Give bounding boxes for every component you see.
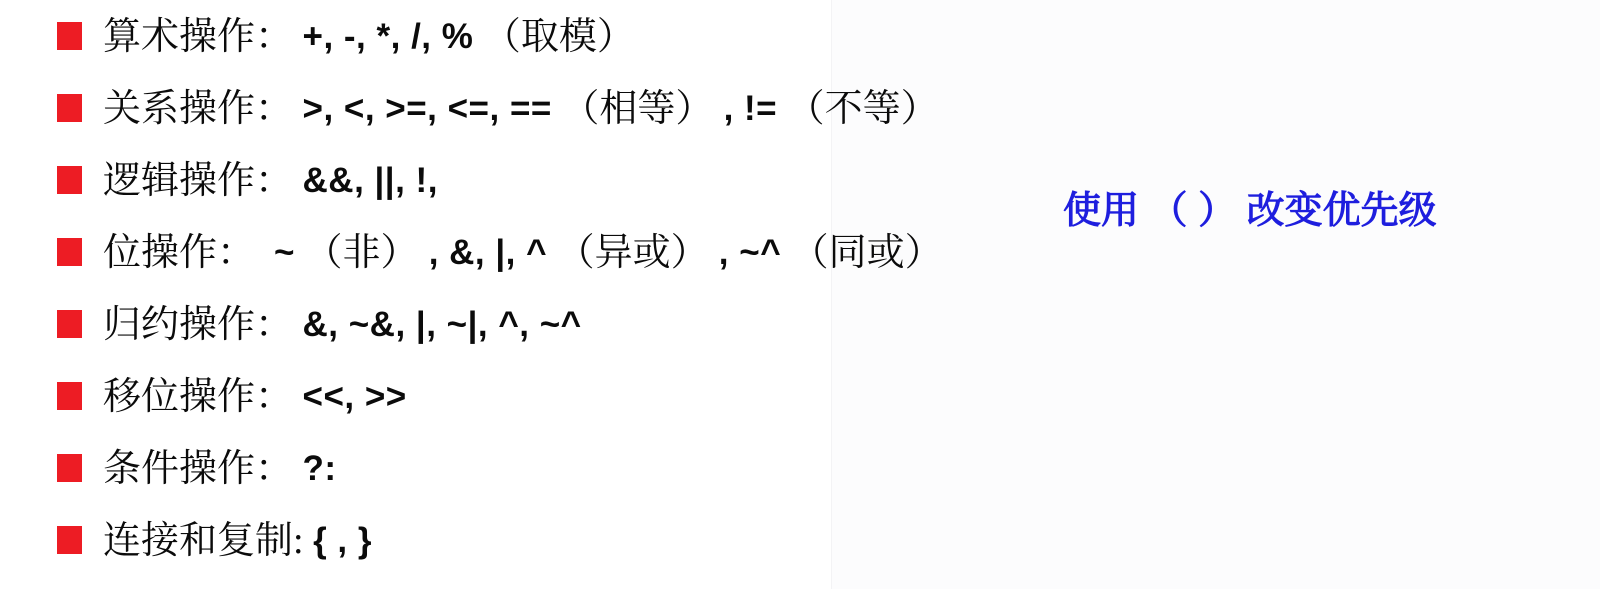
list-item-logical-operators: 逻辑操作： &&, ||, !, bbox=[57, 145, 943, 217]
list-item-conditional-operator: 条件操作： ?: bbox=[57, 433, 943, 505]
operator-symbols: &, ~&, |, ~|, ^, ~^ bbox=[303, 307, 582, 342]
chinese-label: （同或） bbox=[781, 234, 943, 272]
operator-symbols: { , } bbox=[313, 523, 372, 558]
red-square-bullet-icon bbox=[57, 94, 82, 122]
red-square-bullet-icon bbox=[57, 22, 82, 50]
chinese-label: （异或） bbox=[547, 234, 709, 272]
red-square-bullet-icon bbox=[57, 454, 82, 482]
chinese-label: （不等） bbox=[777, 90, 939, 128]
operator-symbols: <<, >> bbox=[303, 379, 407, 414]
shift-operators-text: 移位操作： <<, >> bbox=[103, 378, 407, 416]
list-item-bitwise-operators: 位操作： ~ （非） , &, |, ^ （异或） , ~^ （同或） bbox=[57, 217, 943, 289]
operator-symbols: , ~^ bbox=[709, 235, 782, 270]
red-square-bullet-icon bbox=[57, 526, 82, 554]
operator-symbols: >, <, >=, <=, == bbox=[303, 91, 552, 126]
operator-symbols: ?: bbox=[303, 451, 337, 486]
chinese-label: 条件操作： bbox=[103, 450, 303, 488]
list-item-reduction-operators: 归约操作： &, ~&, |, ~|, ^, ~^ bbox=[57, 289, 943, 361]
operator-symbols: ~ bbox=[274, 235, 295, 270]
reduction-operators-text: 归约操作： &, ~&, |, ~|, ^, ~^ bbox=[103, 306, 582, 344]
red-square-bullet-icon bbox=[57, 382, 82, 410]
chinese-label: 移位操作： bbox=[103, 378, 303, 416]
red-square-bullet-icon bbox=[57, 310, 82, 338]
arithmetic-operators-text: 算术操作： +, -, *, /, % （取模） bbox=[103, 18, 635, 56]
chinese-label: 归约操作： bbox=[103, 306, 303, 344]
conditional-operator-text: 条件操作： ?: bbox=[103, 450, 337, 488]
list-item-shift-operators: 移位操作： <<, >> bbox=[57, 361, 943, 433]
concatenation-replication-text: 连接和复制: { , } bbox=[103, 522, 372, 560]
right-panel-background bbox=[831, 0, 1600, 589]
operator-symbols: , != bbox=[713, 91, 777, 126]
operator-list: 算术操作： +, -, *, /, % （取模）关系操作： >, <, >=, … bbox=[57, 0, 943, 577]
logical-operators-text: 逻辑操作： &&, ||, !, bbox=[103, 162, 438, 200]
list-item-relational-operators: 关系操作： >, <, >=, <=, == （相等） , != （不等） bbox=[57, 73, 943, 145]
chinese-label: 逻辑操作： bbox=[103, 162, 303, 200]
priority-note: 使用 （ ） 改变优先级 bbox=[1063, 192, 1437, 232]
red-square-bullet-icon bbox=[57, 238, 82, 266]
slide: 算术操作： +, -, *, /, % （取模）关系操作： >, <, >=, … bbox=[0, 0, 1600, 589]
bitwise-operators-text: 位操作： ~ （非） , &, |, ^ （异或） , ~^ （同或） bbox=[103, 234, 943, 272]
list-item-concatenation-replication: 连接和复制: { , } bbox=[57, 505, 943, 577]
operator-symbols: , &, |, ^ bbox=[418, 235, 547, 270]
red-square-bullet-icon bbox=[57, 166, 82, 194]
chinese-label: 位操作： bbox=[103, 234, 274, 272]
list-item-arithmetic-operators: 算术操作： +, -, *, /, % （取模） bbox=[57, 1, 943, 73]
operator-symbols: +, -, *, /, % bbox=[303, 19, 474, 54]
operator-symbols: &&, ||, !, bbox=[303, 163, 438, 198]
relational-operators-text: 关系操作： >, <, >=, <=, == （相等） , != （不等） bbox=[103, 90, 939, 128]
chinese-label: （非） bbox=[295, 234, 419, 272]
chinese-label: 关系操作： bbox=[103, 90, 303, 128]
chinese-label: 算术操作： bbox=[103, 18, 303, 56]
chinese-label: 连接和复制: bbox=[103, 522, 313, 560]
chinese-label: （取模） bbox=[473, 18, 635, 56]
chinese-label: （相等） bbox=[552, 90, 714, 128]
